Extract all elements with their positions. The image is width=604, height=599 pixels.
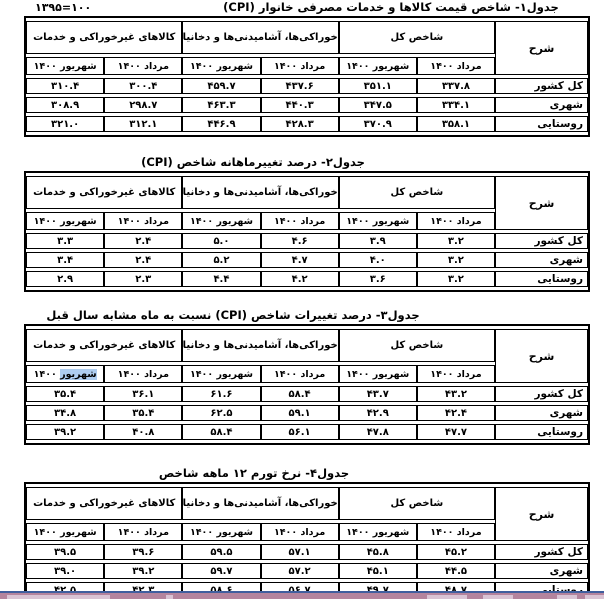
- group-header: کالاهای غیرخوراکی و خدمات: [26, 329, 182, 362]
- table-row: کل کشور۴۳.۲۴۳.۷۵۸.۴۶۱.۶۳۶.۱۳۵.۴: [26, 386, 588, 402]
- month-header-year: ۱۴۰۰: [34, 369, 57, 380]
- month-header: مرداد ۱۴۰۰: [104, 212, 182, 230]
- group-header: کالاهای غیرخوراکی و خدمات: [26, 487, 182, 520]
- value-cell: ۳.۹: [339, 233, 417, 249]
- value-cell: ۴۷.۷: [417, 424, 495, 440]
- row-header: روستایی: [495, 424, 588, 440]
- month-header: مرداد ۱۴۰۰: [417, 212, 495, 230]
- value-cell: ۴۵.۲: [417, 544, 495, 560]
- group-header: شاخص کل: [339, 176, 495, 209]
- value-cell: ۳۷۰.۹: [339, 116, 417, 132]
- group-header: شاخص کل: [339, 329, 495, 362]
- value-cell: ۴۶۳.۳: [182, 97, 260, 113]
- table-row: کل کشور۳۳۷.۸۳۵۱.۱۴۳۷.۶۴۵۹.۷۳۰۰.۴۳۱۰.۴: [26, 78, 588, 94]
- row-header: شهری: [495, 405, 588, 421]
- background-window-edge[interactable]: [0, 591, 604, 599]
- row-header: شهری: [495, 97, 588, 113]
- value-cell: ۵۷.۲: [261, 563, 339, 579]
- month-header: شهریور ۱۴۰۰: [26, 523, 104, 541]
- value-cell: ۳۹.۲: [26, 424, 104, 440]
- value-cell: ۴۴۶.۹: [182, 116, 260, 132]
- row-header: شهری: [495, 252, 588, 268]
- group-header: خوراکی‌ها، آشامیدنی‌ها و دخانیات: [182, 21, 338, 54]
- table-row: کل کشور۴۵.۲۴۵.۸۵۷.۱۵۹.۵۳۹.۶۳۹.۵: [26, 544, 588, 560]
- value-cell: ۶۱.۶: [182, 386, 260, 402]
- group-header: خوراکی‌ها، آشامیدنی‌ها و دخانیات: [182, 176, 338, 209]
- row-header: شهری: [495, 563, 588, 579]
- value-cell: ۴۲.۴: [417, 405, 495, 421]
- value-cell: ۳۵۸.۱: [417, 116, 495, 132]
- background-window-fragment: [557, 595, 577, 599]
- month-header: شهریور ۱۴۰۰: [339, 523, 417, 541]
- value-cell: ۵۹.۷: [182, 563, 260, 579]
- value-cell: ۴.۲: [261, 271, 339, 287]
- month-header: شهریور ۱۴۰۰: [182, 57, 260, 75]
- value-cell: ۳۱۰.۴: [26, 78, 104, 94]
- value-cell: ۶۲.۵: [182, 405, 260, 421]
- table-1-title: جدول۱- شاخص قیمت کالاها و خدمات مصرفی خا…: [108, 0, 604, 14]
- month-header: شهریور ۱۴۰۰: [339, 365, 417, 383]
- group-header: خوراکی‌ها، آشامیدنی‌ها و دخانیات: [182, 329, 338, 362]
- value-cell: ۴۵.۱: [339, 563, 417, 579]
- background-window-fragment: [166, 595, 173, 599]
- table-row: روستایی۳۵۸.۱۳۷۰.۹۴۲۸.۳۴۴۶.۹۳۱۲.۱۳۲۱.۰: [26, 116, 588, 132]
- tables-container: جدول۱- شاخص قیمت کالاها و خدمات مصرفی خا…: [0, 0, 604, 599]
- table-row: روستایی۳.۲۳.۶۴.۲۴.۴۲.۳۲.۹: [26, 271, 588, 287]
- table-row: شهری۴۲.۴۴۲.۹۵۹.۱۶۲.۵۳۵.۴۳۴.۸: [26, 405, 588, 421]
- desc-column-header: شرح: [495, 21, 588, 75]
- value-cell: ۳۲۱.۰: [26, 116, 104, 132]
- table-4-title: جدول۴- نرخ تورم ۱۲ ماهه شاخص: [0, 466, 537, 480]
- value-cell: ۳.۴: [26, 252, 104, 268]
- desc-column-header: شرح: [495, 329, 588, 383]
- value-cell: ۴۲۸.۳: [261, 116, 339, 132]
- table-row: شهری۳.۲۴.۰۴.۷۵.۲۲.۴۳.۴: [26, 252, 588, 268]
- cpi-table-4: شرحشاخص کلخوراکی‌ها، آشامیدنی‌ها و دخانی…: [24, 482, 590, 599]
- table-2-title: جدول۲- درصد تغییرماهانه شاخص (CPI): [0, 155, 536, 169]
- value-cell: ۳۶.۱: [104, 386, 182, 402]
- table-row: شهری۳۳۴.۱۳۴۷.۵۴۴۰.۳۴۶۳.۳۲۹۸.۷۳۰۸.۹: [26, 97, 588, 113]
- value-cell: ۳.۶: [339, 271, 417, 287]
- month-header: شهریور ۱۴۰۰: [182, 365, 260, 383]
- value-cell: ۴.۴: [182, 271, 260, 287]
- table-section-4: جدول۴- نرخ تورم ۱۲ ماهه شاخصشرحشاخص کلخو…: [24, 466, 590, 599]
- table-section-3: جدول۳- درصد تغییرات شاخص (CPI) نسبت به م…: [24, 308, 590, 445]
- month-header: مرداد ۱۴۰۰: [261, 365, 339, 383]
- month-header: مرداد ۱۴۰۰: [104, 365, 182, 383]
- table-row: کل کشور۳.۲۳.۹۴.۶۵.۰۲.۴۳.۳: [26, 233, 588, 249]
- value-cell: ۳۳۴.۱: [417, 97, 495, 113]
- table-row: شهری۴۴.۵۴۵.۱۵۷.۲۵۹.۷۳۹.۲۳۹.۰: [26, 563, 588, 579]
- group-header: خوراکی‌ها، آشامیدنی‌ها و دخانیات: [182, 487, 338, 520]
- desc-column-header: شرح: [495, 176, 588, 230]
- value-cell: ۵۷.۱: [261, 544, 339, 560]
- cpi-table-2: شرحشاخص کلخوراکی‌ها، آشامیدنی‌ها و دخانی…: [24, 171, 590, 292]
- selected-text: شهریور: [60, 369, 97, 380]
- value-cell: ۴۴۰.۳: [261, 97, 339, 113]
- value-cell: ۴۳.۲: [417, 386, 495, 402]
- month-header: مرداد ۱۴۰۰: [261, 57, 339, 75]
- month-header: مرداد ۱۴۰۰: [261, 212, 339, 230]
- value-cell: ۴۷.۸: [339, 424, 417, 440]
- value-cell: ۳۰۸.۹: [26, 97, 104, 113]
- value-cell: ۴۵.۸: [339, 544, 417, 560]
- group-header: کالاهای غیرخوراکی و خدمات: [26, 21, 182, 54]
- value-cell: ۲.۳: [104, 271, 182, 287]
- month-header: مرداد ۱۴۰۰: [104, 523, 182, 541]
- value-cell: ۴.۷: [261, 252, 339, 268]
- value-cell: ۵.۰: [182, 233, 260, 249]
- row-header: روستایی: [495, 116, 588, 132]
- month-header: مرداد ۱۴۰۰: [104, 57, 182, 75]
- value-cell: ۴۲.۹: [339, 405, 417, 421]
- value-cell: ۳.۳: [26, 233, 104, 249]
- value-cell: ۲۹۸.۷: [104, 97, 182, 113]
- month-header: شهریور ۱۴۰۰: [26, 365, 104, 383]
- row-header: کل کشور: [495, 544, 588, 560]
- value-cell: ۴.۶: [261, 233, 339, 249]
- value-cell: ۳.۲: [417, 252, 495, 268]
- value-cell: ۲.۴: [104, 252, 182, 268]
- month-header: شهریور ۱۴۰۰: [339, 57, 417, 75]
- table-row: روستایی۴۷.۷۴۷.۸۵۶.۱۵۸.۴۴۰.۸۳۹.۲: [26, 424, 588, 440]
- value-cell: ۴۰.۸: [104, 424, 182, 440]
- month-header: مرداد ۱۴۰۰: [417, 57, 495, 75]
- value-cell: ۲.۹: [26, 271, 104, 287]
- background-window-fragment: [483, 595, 513, 599]
- value-cell: ۳۳۷.۸: [417, 78, 495, 94]
- desc-column-header: شرح: [495, 487, 588, 541]
- table-section-2: جدول۲- درصد تغییرماهانه شاخص (CPI)شرحشاخ…: [24, 155, 590, 292]
- group-header: شاخص کل: [339, 21, 495, 54]
- month-header: مرداد ۱۴۰۰: [417, 523, 495, 541]
- cpi-table-1: شرحشاخص کلخوراکی‌ها، آشامیدنی‌ها و دخانی…: [24, 16, 590, 137]
- month-header: مرداد ۱۴۰۰: [261, 523, 339, 541]
- month-header: شهریور ۱۴۰۰: [26, 57, 104, 75]
- value-cell: ۳۱۲.۱: [104, 116, 182, 132]
- background-window-fragment: [7, 595, 110, 599]
- value-cell: ۳۴۷.۵: [339, 97, 417, 113]
- group-header: کالاهای غیرخوراکی و خدمات: [26, 176, 182, 209]
- month-header: شهریور ۱۴۰۰: [182, 523, 260, 541]
- cpi-table-3: شرحشاخص کلخوراکی‌ها، آشامیدنی‌ها و دخانی…: [24, 324, 590, 445]
- value-cell: ۵۶.۱: [261, 424, 339, 440]
- value-cell: ۳.۲: [417, 271, 495, 287]
- value-cell: ۵۹.۱: [261, 405, 339, 421]
- value-cell: ۵۸.۴: [261, 386, 339, 402]
- value-cell: ۴۳۷.۶: [261, 78, 339, 94]
- value-cell: ۴۴.۵: [417, 563, 495, 579]
- value-cell: ۳۴.۸: [26, 405, 104, 421]
- value-cell: ۴.۰: [339, 252, 417, 268]
- row-header: روستایی: [495, 271, 588, 287]
- row-header: کل کشور: [495, 78, 588, 94]
- background-window-fragment: [585, 595, 604, 599]
- month-header: مرداد ۱۴۰۰: [417, 365, 495, 383]
- value-cell: ۴۵۹.۷: [182, 78, 260, 94]
- value-cell: ۲.۴: [104, 233, 182, 249]
- value-cell: ۳۹.۰: [26, 563, 104, 579]
- value-cell: ۳.۲: [417, 233, 495, 249]
- row-header: کل کشور: [495, 386, 588, 402]
- background-window-fragment: [427, 595, 467, 599]
- value-cell: ۳۹.۲: [104, 563, 182, 579]
- value-cell: ۳۰۰.۴: [104, 78, 182, 94]
- group-header: شاخص کل: [339, 487, 495, 520]
- table-section-1: جدول۱- شاخص قیمت کالاها و خدمات مصرفی خا…: [24, 0, 590, 137]
- month-header: شهریور ۱۴۰۰: [26, 212, 104, 230]
- month-header: شهریور ۱۴۰۰: [182, 212, 260, 230]
- value-cell: ۳۵.۴: [26, 386, 104, 402]
- value-cell: ۳۹.۵: [26, 544, 104, 560]
- table-3-title: جدول۳- درصد تغییرات شاخص (CPI) نسبت به م…: [0, 308, 516, 322]
- value-cell: ۳۵۱.۱: [339, 78, 417, 94]
- month-header: شهریور ۱۴۰۰: [339, 212, 417, 230]
- row-header: کل کشور: [495, 233, 588, 249]
- value-cell: ۳۵.۴: [104, 405, 182, 421]
- value-cell: ۴۳.۷: [339, 386, 417, 402]
- value-cell: ۳۹.۶: [104, 544, 182, 560]
- value-cell: ۵۹.۵: [182, 544, 260, 560]
- value-cell: ۵۸.۴: [182, 424, 260, 440]
- value-cell: ۵.۲: [182, 252, 260, 268]
